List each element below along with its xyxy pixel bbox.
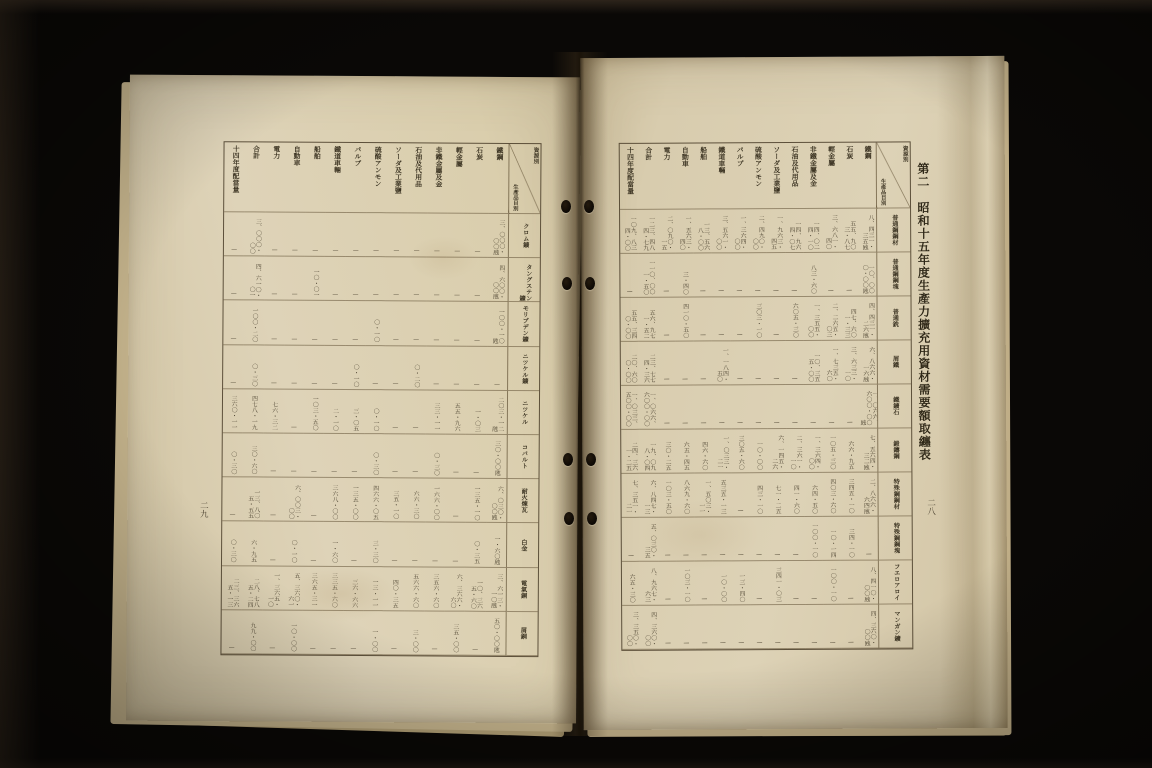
table-cell: 四、六一〇・〇一 [244, 257, 265, 301]
table-cell-text: 九九・〇〇 [249, 622, 255, 651]
table-cell: — [344, 522, 365, 566]
table-cell-text: — [453, 470, 459, 476]
table-cell-text: — [828, 288, 834, 294]
table-cell: — [785, 253, 804, 297]
table-cell: 六五・三〇 [622, 562, 641, 606]
table-cell: — [445, 479, 466, 523]
row-label-cell-text: マンガン鑛 [892, 610, 899, 641]
table-cell-text: 三三五・六〇 [330, 573, 336, 608]
table-cell-text: 三六〇・一一 [230, 395, 236, 430]
table-cell-text: — [792, 376, 798, 382]
table-cell-text: — [866, 552, 872, 558]
table-cell: 一、三六四・〇〇 [730, 209, 749, 253]
table-cell-text: 三六・六六 [351, 579, 357, 608]
table-cell: 一〇、三六五・六〇 [465, 567, 486, 611]
left-page-number: 二九 [197, 501, 209, 518]
table-cell: 〇・三〇 [223, 433, 244, 477]
column-header-cell-text: 自動車 [680, 147, 687, 167]
row-label-cell: フエロアロイ [878, 560, 912, 604]
table-cell: — [695, 561, 714, 605]
table-cell: — [694, 297, 713, 341]
table-cell: — [304, 345, 325, 389]
table-cell: 一・六〇瓲 [486, 523, 507, 567]
table-cell-text: — [310, 557, 316, 563]
table-cell: 二・一〇 [324, 390, 345, 434]
table-cell-text: 一〇・〇〇 [719, 573, 725, 602]
table-cell-text: — [433, 337, 439, 343]
table-cell-text: — [453, 514, 459, 520]
table-cell-text: — [663, 289, 669, 295]
table-cell: 四一〇・五〇 [675, 298, 694, 342]
table-cell-text: 二〇、六〇〇・〇〇 [624, 343, 636, 383]
table-cell-text: 一三・一一 [371, 579, 377, 608]
table-cell: 二四、三六一・二五 [621, 430, 640, 474]
row-label-cell: ニツケル [507, 391, 539, 435]
column-header-cell: 自動車 [675, 144, 694, 210]
table-cell: 一〇、三五五・〇〇 [804, 341, 823, 385]
table-cell-text: 一〇・〇〇 [755, 441, 761, 470]
table-cell: — [406, 302, 427, 346]
table-cell: 四七、六〇一・三三 [840, 297, 859, 341]
table-cell-text: — [775, 640, 781, 646]
table-corner-cell: 資源別生產品目別 [876, 142, 910, 208]
column-header-cell: 十四年度配當量 [224, 142, 245, 212]
table-cell-text: — [292, 292, 298, 298]
table-cell: — [284, 257, 305, 301]
table-cell: 〇・一〇 [365, 301, 386, 345]
row-label-cell-text: 耐火煉瓦 [520, 488, 527, 513]
table-cell: 五六六・六〇 [404, 567, 425, 611]
table-cell-text: — [474, 249, 480, 255]
table-cell: 一三五・一〇 [466, 479, 487, 523]
table-cell: 三〇・六〇 [243, 433, 264, 477]
table-cell: 五六、九七一・五二 [639, 298, 658, 342]
table-cell: — [805, 605, 824, 649]
table-cell-text: 五、三六〇・六一 [287, 567, 299, 607]
table-cell: 〇・三〇 [425, 434, 446, 478]
table-cell-text: 六、三六六・六〇 [449, 568, 461, 608]
table-cell: — [284, 389, 305, 433]
table-cell: — [345, 257, 366, 301]
column-header-cell-text: 鐵道車輛 [717, 146, 724, 173]
table-cell-text: — [737, 332, 743, 338]
table-cell-text: 四、四三一・二六瓲 [861, 298, 873, 338]
table-cell-text: — [454, 293, 460, 299]
table-cell-text: 四三・一〇 [756, 485, 762, 514]
table-cell: 六、〇三〇・〇〇瓲 [486, 479, 507, 523]
row-label-cell-text: 特殊鋼鋼塊 [892, 522, 899, 553]
table-cell: 一〇〇・一〇 [823, 561, 842, 605]
table-cell-text: — [372, 381, 378, 387]
table-cell: 四、三六〇・〇〇 [640, 606, 659, 650]
table-cell-text: — [811, 596, 817, 602]
table-cell: — [365, 346, 386, 390]
corner-resource-label: 資源別 [532, 147, 538, 164]
table-cell-text: 四七、六〇一・三三 [843, 298, 855, 338]
table-cell-text: 三、五六一・〇〇 [715, 210, 727, 250]
table-cell: 一・〇三 [466, 390, 487, 434]
table-cell-text: 二、四九〇・〇〇 [751, 210, 763, 250]
table-cell: 一〇三・五〇 [304, 389, 325, 433]
table-cell: 一、五六三・四〇 [675, 210, 694, 254]
table-cell-text: — [269, 645, 275, 651]
table-cell: — [424, 611, 445, 655]
table-cell-text: 三六八・〇〇 [331, 484, 337, 519]
table-cell-text: — [231, 292, 237, 298]
table-cell-text: — [737, 508, 743, 514]
table-cell-text: 五五、三四〇・〇〇 [624, 299, 636, 339]
table-cell: 三五・一〇 [385, 478, 406, 522]
table-cell: 二、四九〇・〇〇 [748, 209, 767, 253]
table-cell-text: — [773, 332, 779, 338]
column-header-cell: 硫酸アンモン [366, 143, 387, 213]
table-cell: — [732, 605, 751, 649]
table-cell-text: — [664, 377, 670, 383]
table-cell-text: — [351, 469, 357, 475]
table-cell-text: — [412, 558, 418, 564]
column-header-cell-text: パルプ [735, 146, 742, 166]
table-cell: — [786, 517, 805, 561]
table-cell: — [223, 345, 244, 389]
table-cell-text: — [664, 421, 670, 427]
table-cell-text: — [700, 332, 706, 338]
table-cell: — [822, 385, 841, 429]
table-cell-text: — [700, 288, 706, 294]
corner-item-label: 生產品目別 [879, 179, 885, 206]
table-cell: 一三、八〇五・五五 [243, 478, 264, 522]
table-cell: 一・〇〇 [363, 611, 384, 655]
table-cell-text: — [229, 513, 235, 519]
table-cell: 三・〇〇 [404, 611, 425, 655]
table-cell: — [750, 605, 769, 649]
table-cell: — [749, 385, 768, 429]
table-cell-text: — [432, 558, 438, 564]
table-cell-text: 四六六・〇五 [371, 485, 377, 520]
table-cell-text: — [373, 293, 379, 299]
table-cell-text: — [291, 425, 297, 431]
table-cell: — [693, 253, 712, 297]
table-cell-text: 三五・一〇 [392, 491, 398, 520]
table-cell-text: — [270, 469, 276, 475]
table-cell: — [446, 302, 467, 346]
column-header-cell-text: パルプ [353, 146, 360, 166]
column-header-cell: 十四年度配當量 [620, 144, 639, 210]
table-cell-text: 三、六三三・一〇 [843, 342, 855, 382]
table-cell: — [305, 213, 326, 257]
table-cell: 一、一八四・五〇 [712, 341, 731, 385]
table-cell-text: — [719, 420, 725, 426]
table-cell-text: — [312, 336, 318, 342]
table-cell-text: 一〇・〇〇 [289, 623, 295, 652]
row-label-cell: 鐵鑛石 [877, 384, 911, 428]
table-cell: 六、〇〇三・〇〇 [283, 478, 304, 522]
table-cell: — [224, 212, 245, 256]
table-cell-text: 八、四一〇・〇〇瓲 [863, 562, 875, 602]
table-cell-text: 五五、九〇三・八七 [843, 210, 855, 250]
table-cell-text: — [755, 420, 761, 426]
table-cell-text: 一六六・〇〇 [432, 485, 438, 520]
table-cell-text: 六、一四五・二六 [771, 430, 783, 470]
table-cell-text: 一三五・一〇 [473, 485, 479, 520]
table-cell-text: — [700, 420, 706, 426]
table-cell-text: 一〇、三五五・〇〇 [807, 342, 819, 382]
row-label-cell: 普通鋼鋼材 [876, 208, 910, 252]
column-header-cell: ソーダ及工業鹽 [766, 143, 785, 209]
row-label-cell-text: 鍛鑄鋼 [892, 441, 899, 460]
column-header-cell: パルプ [729, 143, 748, 209]
table-cell-text: — [701, 596, 707, 602]
table-cell-text: 一〇三・五〇 [664, 480, 670, 515]
table-cell-text: — [331, 469, 337, 475]
table-cell-text: 二、八六六・六四瓲 [862, 474, 874, 514]
table-cell: — [676, 342, 695, 386]
column-header-cell-text: ソーダ及工業鹽 [393, 146, 400, 194]
table-cell-text: — [682, 377, 688, 383]
table-cell-text: 〇・三〇 [230, 451, 236, 474]
table-cell: 二〇、六〇〇・〇〇 [621, 342, 640, 386]
table-cell: 一〇・一四 [823, 517, 842, 561]
table-cell-text: — [792, 420, 798, 426]
row-label-cell: 白金 [506, 523, 538, 567]
row-label-cell: 特殊鋼鋼材 [877, 472, 911, 516]
table-cell: — [304, 301, 325, 345]
table-cell: 一四、九六四・〇七 [785, 209, 804, 253]
column-header-cell-text: 鐵鋼 [863, 146, 870, 160]
table-cell-text: — [350, 646, 356, 652]
table-cell: — [284, 301, 305, 345]
binding-hole [587, 512, 597, 525]
table-cell-text: 六六・三〇 [412, 491, 418, 520]
table-cell-text: 一三・四〇 [738, 573, 744, 602]
table-cell-text: — [393, 248, 399, 254]
table-cell-text: 一三五・〇〇 [351, 485, 357, 520]
table-cell: 三・三〇 [364, 522, 385, 566]
table-cell: — [657, 254, 676, 298]
table-cell: — [731, 385, 750, 429]
table-cell-text: 三五六・六〇 [432, 573, 438, 608]
table-cell-text: 五六、九七一・五二 [642, 299, 654, 339]
table-cell: 〇・二〇 [406, 346, 427, 390]
row-label-cell-text: モリブデン鑛 [521, 305, 528, 342]
table-cell: — [467, 302, 488, 346]
table-cell-text: 六五・四五 [682, 442, 688, 471]
table-cell-text: 八三・六〇 [809, 265, 815, 294]
table-cell: 五、三六〇・六一 [283, 566, 304, 610]
table-cell: — [805, 561, 824, 605]
open-book: 資源別生產品目別鐵鋼石炭輕金屬非鐵金屬及金石油及代用品ソーダ及工業鹽硫酸アンモン… [0, 0, 1152, 768]
table-cell: 二八、七八五・二四 [242, 566, 263, 610]
row-label-cell-text: フエロアロイ [892, 563, 899, 600]
row-label-cell: タングステン鑛 [508, 258, 540, 302]
column-header-cell: 合計 [638, 144, 657, 210]
table-cell: — [465, 611, 486, 655]
column-header-cell-text: 十四年度配當量 [231, 145, 238, 193]
table-cell: 一、九六三・四五 [766, 209, 785, 253]
table-cell: — [221, 610, 242, 654]
table-cell: — [406, 213, 427, 257]
table-cell-text: 〇・一〇 [372, 408, 378, 431]
table-cell: 五〇・〇〇瓲 [485, 612, 506, 656]
table-cell-text: — [810, 420, 816, 426]
binding-hole [585, 277, 595, 290]
table-cell: — [344, 434, 365, 478]
table-cell-text: 一〇三・一〇 [683, 568, 689, 603]
table-cell-text: 四、六〇〇・〇〇瓲 [491, 259, 503, 299]
table-cell-text: 七、五六四・三二瓲 [862, 430, 874, 470]
column-header-cell: 合計 [244, 142, 265, 212]
table-cell: — [324, 434, 345, 478]
table-cell-text: — [737, 376, 743, 382]
table-cell: — [487, 346, 508, 390]
table-cell-text: — [848, 640, 854, 646]
table-cell-text: 〇・三〇 [372, 452, 378, 475]
column-header-cell: 輕金屬 [447, 144, 468, 214]
table-cell-text: — [291, 469, 297, 475]
table-cell-text: 七、三五一・二一 [625, 475, 637, 515]
table-cell-text: — [434, 293, 440, 299]
table-cell-text: — [352, 337, 358, 343]
table-cell: 一〇、〇〇〇・〇〇瓲 [858, 253, 877, 297]
table-cell: — [446, 435, 467, 479]
table-cell: — [677, 518, 696, 562]
table-cell: — [303, 478, 324, 522]
table-cell: 三、〇〇〇・〇〇瓲 [488, 214, 509, 258]
binding-hole [584, 200, 594, 213]
table-cell-text: — [393, 337, 399, 343]
table-cell-text: 二、三六一・一〇 [789, 430, 801, 470]
table-cell: 九九・〇〇 [242, 610, 263, 654]
column-header-cell-text: 硫酸アンモン [753, 146, 760, 187]
table-cell-text: — [719, 552, 725, 558]
column-header-cell: 輕金屬 [821, 143, 840, 209]
table-cell-text: — [720, 640, 726, 646]
table-cell: — [731, 517, 750, 561]
table-cell-text: — [392, 469, 398, 475]
table-cell-text: 二・一〇 [331, 408, 337, 431]
table-cell-text: 八、四三一・三五瓲 [861, 210, 873, 250]
photo-scene: 資源別生產品目別鐵鋼石炭輕金屬非鐵金屬及金石油及代用品ソーダ及工業鹽硫酸アンモン… [0, 0, 1152, 768]
table-cell-text: — [738, 552, 744, 558]
table-cell-text: — [756, 552, 762, 558]
table-cell-text: 一・六〇瓲 [493, 535, 499, 564]
row-label-cell-text: 鐵鑛石 [891, 397, 898, 416]
table-cell: — [224, 256, 245, 300]
table-cell-text: 三三・一一 [433, 402, 439, 431]
table-cell-text: — [718, 332, 724, 338]
table-cell: 一九、〇九八・〇四 [639, 430, 658, 474]
table-cell: 六六・三〇 [405, 479, 426, 523]
table-cell-text: — [847, 420, 853, 426]
table-cell: — [405, 523, 426, 567]
table-cell-text: — [433, 381, 439, 387]
column-header-cell: 石油及代用品 [407, 143, 428, 213]
column-header-cell-text: 自動車 [292, 146, 299, 166]
table-cell: 三六五・三一 [303, 566, 324, 610]
table-cell: 六、八六六・一六瓲 [858, 341, 877, 385]
table-cell: 七、五六四・三二瓲 [859, 429, 878, 473]
table-cell: 一〇・〇〇 [282, 610, 303, 654]
table-cell-text: 三四・一〇 [847, 529, 853, 558]
table-cell: — [324, 345, 345, 389]
table-cell: — [840, 253, 859, 297]
table-cell-text: 一、五六三・四〇 [678, 211, 690, 251]
table-cell: 四、六〇〇・〇〇瓲 [487, 258, 508, 302]
table-cell-text: 一、三五五・〇〇 [806, 298, 818, 338]
table-cell: — [823, 605, 842, 649]
column-header-cell-text: 石炭 [474, 147, 481, 161]
table-cell: — [466, 435, 487, 479]
row-label-cell: ニツケル鑛 [507, 347, 539, 391]
row-label-cell: マンガン鑛 [878, 604, 912, 648]
table-cell-text: 四一・六〇 [792, 485, 798, 514]
table-cell: — [713, 517, 732, 561]
table-cell-text: — [271, 380, 277, 386]
table-cell: — [787, 605, 806, 649]
table-cell-text: — [773, 288, 779, 294]
table-cell: 六、八四七・一三 [640, 474, 659, 518]
table-cell: — [767, 341, 786, 385]
table-cell: 三三・一一 [426, 390, 447, 434]
table-cell-text: 三〇五・六〇 [737, 435, 743, 470]
binding-hole [563, 453, 573, 466]
table-cell: 三六八・〇〇 [324, 478, 345, 522]
column-header-cell: 鐵道車輛 [326, 143, 347, 213]
table-cell-text: — [231, 247, 237, 253]
table-cell: — [384, 523, 405, 567]
column-header-cell: 船舶 [305, 143, 326, 213]
table-cell-text: 一〇・〇一 [312, 269, 318, 298]
table-cell: — [323, 611, 344, 655]
table-cell: 二、八六六・六四瓲 [859, 473, 878, 517]
table-cell: — [405, 434, 426, 478]
table-cell-text: — [332, 292, 338, 298]
table-cell-text: 三五・〇〇 [452, 624, 458, 653]
table-cell-text: 一一〇、〇〇一・五〇 [642, 255, 654, 295]
table-cell: 四〇・三五 [384, 567, 405, 611]
table-cell-text: 〇・二〇 [413, 364, 419, 387]
row-label-cell-text: ニツケル鑛 [520, 353, 527, 384]
table-cell: 三三五・六〇 [323, 566, 344, 610]
table-cell-text: 七一・二五 [774, 485, 780, 514]
table-cell-text: — [392, 425, 398, 431]
table-cell: 一〇・〇一 [305, 257, 326, 301]
table-cell: — [304, 434, 325, 478]
table-cell: 三四一・〇三 [768, 561, 787, 605]
column-header-cell: 電力 [656, 144, 675, 210]
table-cell-text: — [474, 337, 480, 343]
table-cell: — [748, 253, 767, 297]
table-cell-text: 一三、五六八・〇〇 [696, 210, 708, 250]
table-cell: — [325, 257, 346, 301]
table-cell: 八、四三一・三五瓲 [858, 209, 877, 253]
table-cell-text: — [665, 597, 671, 603]
table-cell: — [859, 517, 878, 561]
row-label-cell-text: 特殊鋼鋼材 [892, 478, 899, 509]
table-cell: 三、三五〇・〇〇 [622, 606, 641, 650]
table-cell: — [842, 605, 861, 649]
table-cell: 〇・一〇 [283, 522, 304, 566]
table-cell-text: 一、五〇三・一一 [698, 474, 710, 514]
column-header-cell-text: ソーダ及工業鹽 [772, 146, 779, 194]
table-cell: — [285, 213, 306, 257]
table-cell-text: 三・〇〇 [411, 629, 417, 652]
table-cell: 四六・六〇 [694, 429, 713, 473]
table-cell-text: 〇・三〇 [250, 363, 256, 386]
table-cell: — [284, 345, 305, 389]
table-cell: 三〇・二五 [658, 430, 677, 474]
table-cell-text: — [702, 640, 708, 646]
table-cell: — [730, 253, 749, 297]
